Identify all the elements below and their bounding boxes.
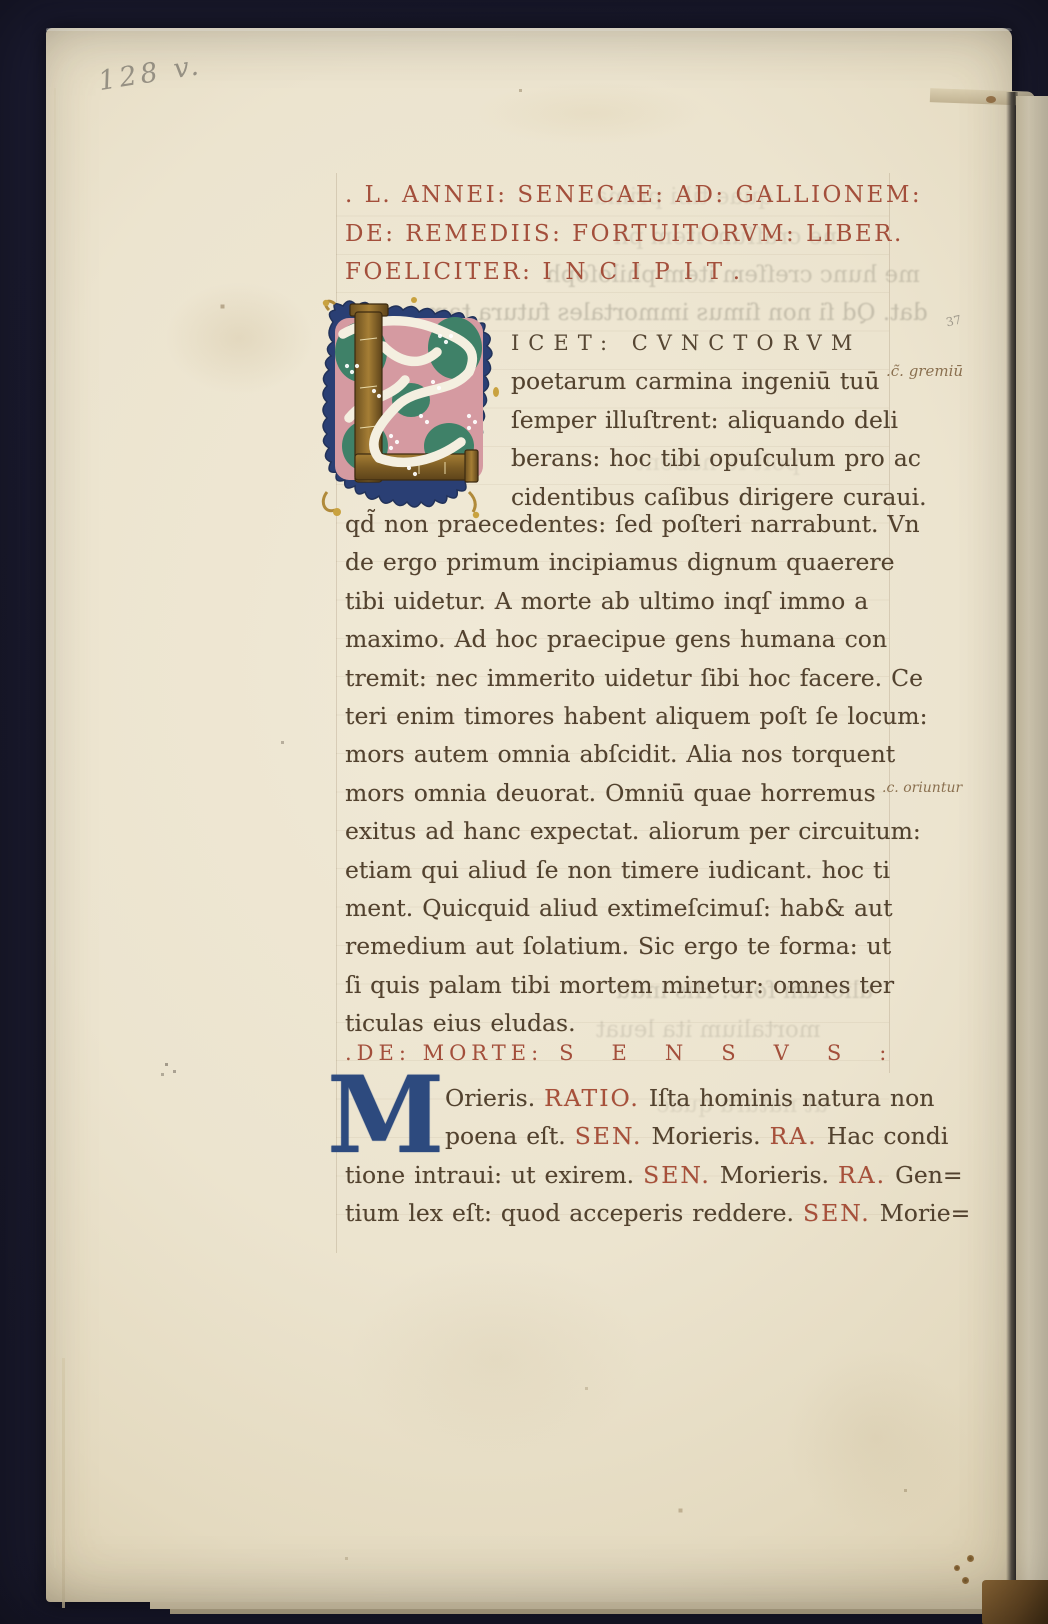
speaker-label-ra: RA.	[770, 1122, 818, 1150]
parchment-stain	[426, 68, 756, 158]
manuscript-page: 128 v. 37 quae tibi prima ne craſſum ite…	[46, 28, 1012, 1602]
dialogue-text: Orieris.	[445, 1084, 544, 1112]
dialogue-text: Morieris.	[711, 1161, 838, 1189]
initial-M: M	[327, 1069, 444, 1161]
binding-leather	[982, 1580, 1048, 1624]
wormhole	[962, 1577, 969, 1584]
opening-caps-line: ICET: CVNCTORVM	[511, 324, 927, 362]
text-line: qd̃ non praecedentes: ſed poſteri narrab…	[345, 505, 928, 543]
opposite-leaf-edge	[1016, 96, 1048, 1588]
page-top-edge	[46, 28, 1012, 31]
bottom-page-edges	[170, 1609, 1010, 1614]
rubric-incipit-word: INCIPIT.	[542, 259, 754, 285]
speaker-label-ratio: RATIO.	[544, 1084, 640, 1112]
rubric-line-1: . L. ANNEI: SENECAE: AD: GALLIONEM:	[345, 176, 897, 215]
text-line: ſemper illuſtrent: aliquando deli	[511, 401, 927, 439]
wormhole	[967, 1555, 974, 1562]
margin-note-oriuntur: .c. oriuntur	[882, 780, 962, 796]
parchment-stain	[746, 1308, 1006, 1568]
dialogue-text: tium lex eſt: quod acceperis reddere.	[345, 1199, 803, 1227]
margin-note-gremiu: .c̃. gremiū	[886, 362, 963, 380]
text-line: teri enim timores habent aliquem poſt ſe…	[345, 697, 928, 735]
speaker-label-sen: SEN.	[575, 1122, 643, 1150]
rubric-line-3: FOELICITER:INCIPIT.	[345, 253, 897, 292]
pencil-quire-mark: 37	[945, 313, 963, 330]
text-line: remedium aut ſolatium. Sic ergo te forma…	[345, 927, 928, 965]
text-block: . L. ANNEI: SENECAE: AD: GALLIONEM: DE: …	[345, 176, 897, 292]
rubric-line-3-word: FOELICITER:	[345, 259, 532, 285]
text-line: de ergo primum incipiamus dignum quaerer…	[345, 543, 928, 581]
speaker-label-sen: SEN.	[803, 1199, 871, 1227]
text-line: tium lex eſt: quod acceperis reddere. SE…	[345, 1194, 970, 1232]
text-line: mors omnia deuorat. Omniū quae horremus	[345, 774, 928, 812]
text-line: tremit: nec immerito uidetur ſibi hoc fa…	[345, 659, 928, 697]
binding-fleck	[986, 96, 996, 103]
dialogue-text: Iſta hominis natura non	[640, 1084, 935, 1112]
parchment-stain	[286, 1208, 706, 1508]
text-line: berans: hoc tibi opuſculum pro ac	[511, 439, 927, 477]
opening-paragraph: ICET: CVNCTORVM poetarum carmina ingeniū…	[345, 300, 927, 516]
underleaf-edge	[62, 1358, 65, 1608]
dialogue-section: M Orieris. RATIO. Iſta hominis natura no…	[345, 1079, 970, 1233]
wormhole	[954, 1565, 960, 1571]
dialogue-text: Morie=	[871, 1199, 971, 1227]
speaker-label-ra: RA.	[838, 1161, 886, 1189]
dialogue-text: Hac condi	[818, 1122, 949, 1150]
text-line: etiam qui aliud ſe non timere iudicant. …	[345, 851, 928, 889]
dialogue-text: Gen=	[886, 1161, 962, 1189]
speaker-label-sen: SEN.	[643, 1161, 711, 1189]
ink-specks	[46, 28, 47, 29]
text-line: exitus ad hanc expectat. aliorum per cir…	[345, 812, 928, 850]
dialogue-text: Morieris.	[643, 1122, 770, 1150]
text-line: poetarum carmina ingeniū tuū	[511, 362, 927, 400]
manuscript-photo: 128 v. 37 quae tibi prima ne craſſum ite…	[0, 0, 1048, 1624]
text-line: ticulas eius eludas.	[345, 1004, 928, 1042]
text-line: ment. Quicquid aliud extimeſcimuſ: hab& …	[345, 889, 928, 927]
main-text: qd̃ non praecedentes: ſed poſteri narrab…	[345, 505, 928, 1043]
rubric-line-2: DE: REMEDIIS: FORTUITORVM: LIBER.	[345, 215, 897, 254]
text-line: mors autem omnia abſcidit. Alia nos torq…	[345, 735, 928, 773]
dialogue-text: poena eſt.	[445, 1122, 575, 1150]
folio-number: 128 v.	[96, 50, 204, 97]
bottom-page-edges	[150, 1602, 1010, 1609]
incipit-rubric: . L. ANNEI: SENECAE: AD: GALLIONEM: DE: …	[345, 176, 897, 292]
text-line: ſi quis palam tibi mortem minetur: omnes…	[345, 966, 928, 1004]
underleaf-edge-2	[54, 88, 56, 1568]
text-line: maximo. Ad hoc praecipue gens humana con	[345, 620, 928, 658]
text-line: tibi uidetur. A morte ab ultimo inqſ imm…	[345, 582, 928, 620]
parchment-stain	[134, 258, 344, 418]
chapter-rubric-spaced: SENSVS:	[559, 1041, 924, 1065]
